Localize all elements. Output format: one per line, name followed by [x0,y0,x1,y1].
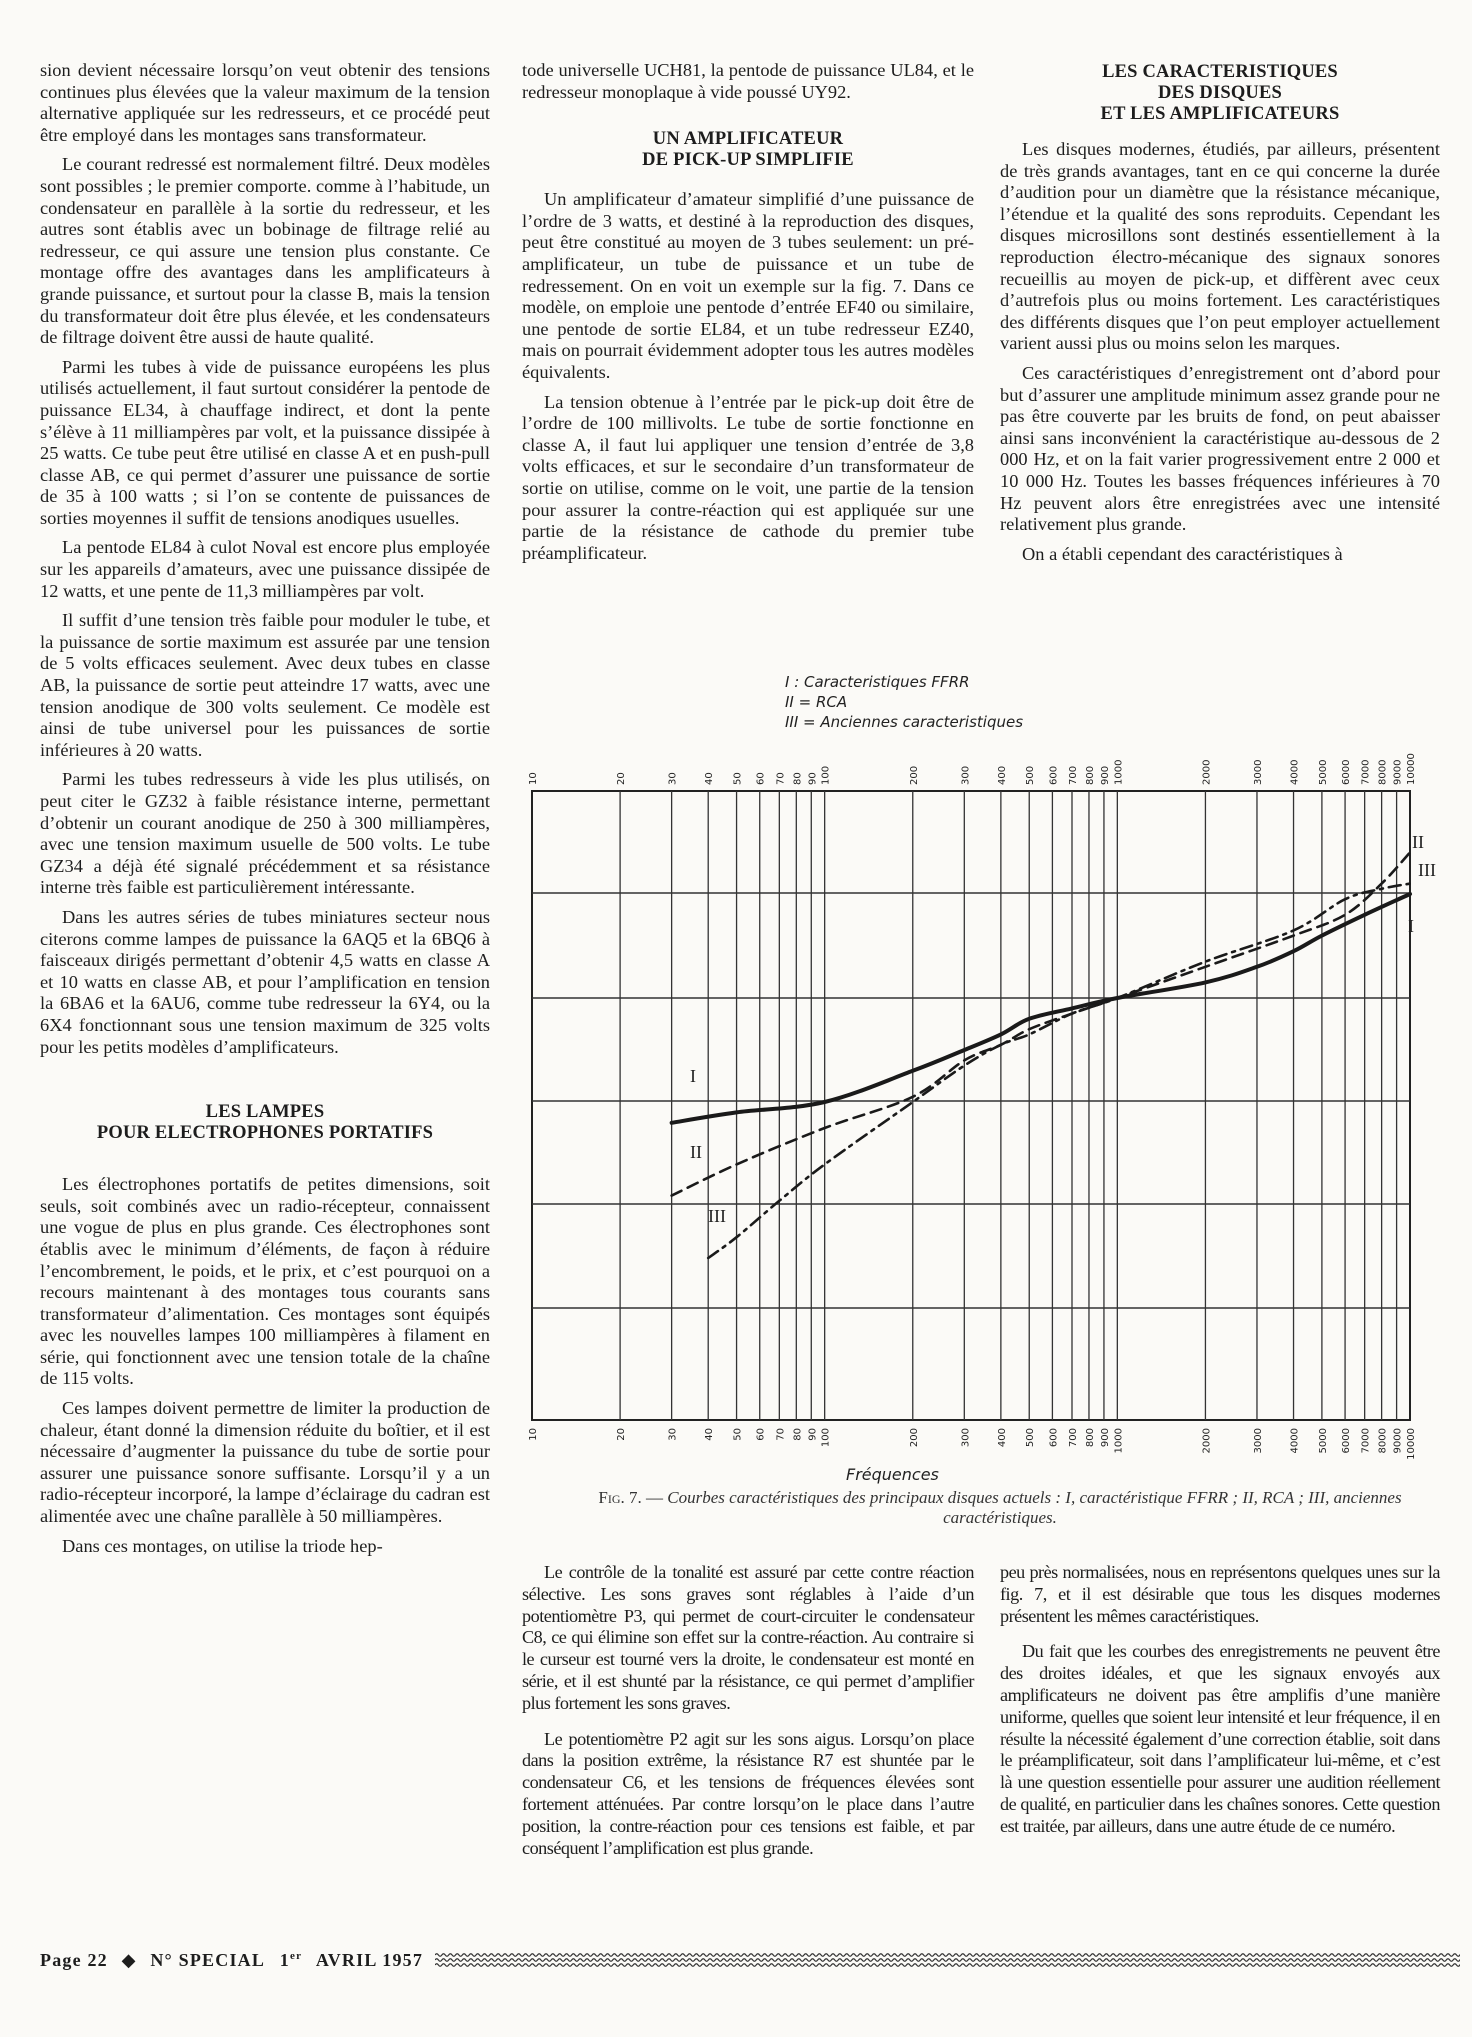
svg-text:40: 40 [704,1428,715,1441]
svg-text:300: 300 [960,766,971,785]
curve-labels: IIIIIIIIIIII [690,832,1436,1226]
svg-text:7000: 7000 [1361,1428,1372,1453]
paragraph: Les électrophones portatifs de petites d… [40,1174,490,1390]
heading-line: LES CARACTERISTIQUES [1000,62,1440,83]
svg-text:3000: 3000 [1253,1428,1264,1453]
svg-text:900: 900 [1100,1428,1111,1447]
svg-text:500: 500 [1025,766,1036,785]
svg-text:50: 50 [733,772,744,785]
svg-text:6000: 6000 [1341,760,1352,785]
paragraph: Le contrôle de la tonalité est assuré pa… [522,1562,974,1715]
paragraph: Dans les autres séries de tubes miniatur… [40,907,490,1058]
svg-text:1000: 1000 [1113,760,1124,785]
paragraph: Il suffit d’une tension très faible pour… [40,610,490,761]
svg-text:7000: 7000 [1361,760,1372,785]
svg-text:40: 40 [704,772,715,785]
svg-text:60: 60 [756,1428,767,1441]
paragraph: Ces caractéristiques d’enregistrement on… [1000,363,1440,536]
svg-text:300: 300 [960,1428,971,1447]
caption-text: Courbes caractéristiques des principaux … [667,1488,1401,1527]
paragraph: Dans ces montages, on utilise la triode … [40,1536,490,1558]
diamond-icon: ◆ [122,1950,137,1970]
svg-text:I: I [1408,916,1414,936]
paragraph: On a établi cependant des caractéristiqu… [1000,544,1440,566]
svg-text:800: 800 [1085,766,1096,785]
paragraph: Parmi les tubes à vide de puissance euro… [40,357,490,530]
paragraph: Du fait que les courbes des enregistreme… [1000,1641,1440,1837]
chart-grid [532,791,1410,1420]
svg-text:I: I [690,1066,696,1086]
svg-text:8000: 8000 [1378,760,1389,785]
svg-text:30: 30 [668,772,679,785]
svg-text:400: 400 [997,1428,1008,1447]
heading-line: LES LAMPES [40,1102,490,1123]
heading-line: UN AMPLIFICATEUR [522,129,974,150]
figure-number: Fig. 7. — [598,1488,663,1507]
lower-right-column: peu près normalisées, nous en représento… [1000,1562,1440,1852]
svg-text:9000: 9000 [1393,760,1404,785]
svg-text:70: 70 [775,772,786,785]
svg-text:100: 100 [821,1428,832,1447]
left-column: sion devient nécessaire lorsqu’on veut o… [40,60,490,1565]
svg-text:3000: 3000 [1253,760,1264,785]
heading-line: DE PICK-UP SIMPLIFIE [522,150,974,171]
section-heading-lampes: LES LAMPES POUR ELECTROPHONES PORTATIFS [40,1102,490,1144]
x-axis-ticks-bottom: 1020304050607080901002003004005006007008… [528,1428,1417,1460]
date-day: 1 [280,1950,290,1970]
svg-text:700: 700 [1068,1428,1079,1447]
paragraph: sion devient nécessaire lorsqu’on veut o… [40,60,490,146]
svg-text:20: 20 [616,1428,627,1441]
heading-line: DES DISQUES [1000,83,1440,104]
svg-text:10000: 10000 [1406,753,1417,785]
svg-text:90: 90 [807,772,818,785]
heading-line: ET LES AMPLIFICATEURS [1000,104,1440,125]
svg-text:100: 100 [821,766,832,785]
svg-text:4000: 4000 [1290,1428,1301,1453]
svg-text:200: 200 [909,766,920,785]
svg-text:50: 50 [733,1428,744,1441]
wave-rule-decoration [435,1951,1460,1969]
svg-text:II: II [1412,832,1424,852]
svg-text:II: II [690,1142,702,1162]
svg-text:80: 80 [792,772,803,785]
svg-text:900: 900 [1100,766,1111,785]
paragraph: peu près normalisées, nous en représento… [1000,1562,1440,1627]
svg-text:10: 10 [528,1428,539,1441]
svg-text:70: 70 [775,1428,786,1441]
svg-text:III: III [708,1206,726,1226]
lower-middle-column: Le contrôle de la tonalité est assuré pa… [522,1562,974,1873]
section-heading-caracteristiques: LES CARACTERISTIQUES DES DISQUES ET LES … [1000,62,1440,125]
svg-text:4000: 4000 [1290,760,1301,785]
date-day-suffix: er [290,1950,302,1962]
paragraph: La pentode EL84 à culot Noval est encore… [40,537,490,602]
figure-caption: Fig. 7. — Courbes caractéristiques des p… [560,1488,1440,1528]
svg-text:400: 400 [997,766,1008,785]
paragraph: Parmi les tubes redresseurs à vide les p… [40,769,490,899]
footer-text: Page 22 ◆ N° SPECIAL 1er AVRIL 1957 [40,1950,423,1971]
x-axis-ticks-top: 1020304050607080901002003004005006007008… [528,753,1417,785]
middle-column: tode universelle UCH81, la pentode de pu… [522,60,974,572]
svg-text:5000: 5000 [1318,1428,1329,1453]
paragraph: Un amplificateur d’amateur simplifié d’u… [522,189,974,383]
svg-text:800: 800 [1085,1428,1096,1447]
frequency-response-chart: 1020304050607080901002003004005006007008… [520,670,1472,1470]
issue-label: N° SPECIAL [150,1950,264,1970]
svg-text:9000: 9000 [1393,1428,1404,1453]
paragraph: Le courant redressé est normalement filt… [40,154,490,348]
svg-text:90: 90 [807,1428,818,1441]
svg-text:1000: 1000 [1113,1428,1124,1453]
page-number: Page 22 [40,1950,108,1970]
chart-curves [672,852,1410,1258]
section-heading-amplificateur: UN AMPLIFICATEUR DE PICK-UP SIMPLIFIE [522,129,974,171]
page-footer: Page 22 ◆ N° SPECIAL 1er AVRIL 1957 [40,1945,1460,1975]
svg-text:200: 200 [909,1428,920,1447]
paragraph: Le potentiomètre P2 agit sur les sons ai… [522,1729,974,1860]
right-column: LES CARACTERISTIQUES DES DISQUES ET LES … [1000,62,1440,573]
svg-text:80: 80 [792,1428,803,1441]
heading-line: POUR ELECTROPHONES PORTATIFS [40,1123,490,1144]
paragraph: Ces lampes doivent permettre de limiter … [40,1398,490,1528]
svg-text:600: 600 [1048,1428,1059,1447]
svg-text:10000: 10000 [1406,1428,1417,1460]
paragraph: Les disques modernes, étudiés, par aille… [1000,139,1440,355]
svg-text:20: 20 [616,772,627,785]
curve-2 [672,852,1410,1195]
svg-text:10: 10 [528,772,539,785]
x-axis-label: Fréquences [846,1465,939,1484]
svg-text:2000: 2000 [1201,1428,1212,1453]
svg-text:5000: 5000 [1318,760,1329,785]
paragraph: La tension obtenue à l’entrée par le pic… [522,392,974,565]
svg-text:700: 700 [1068,766,1079,785]
paragraph: tode universelle UCH81, la pentode de pu… [522,60,974,103]
svg-text:600: 600 [1048,766,1059,785]
date-rest: AVRIL 1957 [316,1950,423,1970]
svg-text:60: 60 [756,772,767,785]
svg-text:III: III [1418,860,1436,880]
svg-text:8000: 8000 [1378,1428,1389,1453]
svg-text:500: 500 [1025,1428,1036,1447]
svg-text:2000: 2000 [1201,760,1212,785]
curve-3 [708,884,1410,1258]
svg-text:6000: 6000 [1341,1428,1352,1453]
svg-text:30: 30 [668,1428,679,1441]
